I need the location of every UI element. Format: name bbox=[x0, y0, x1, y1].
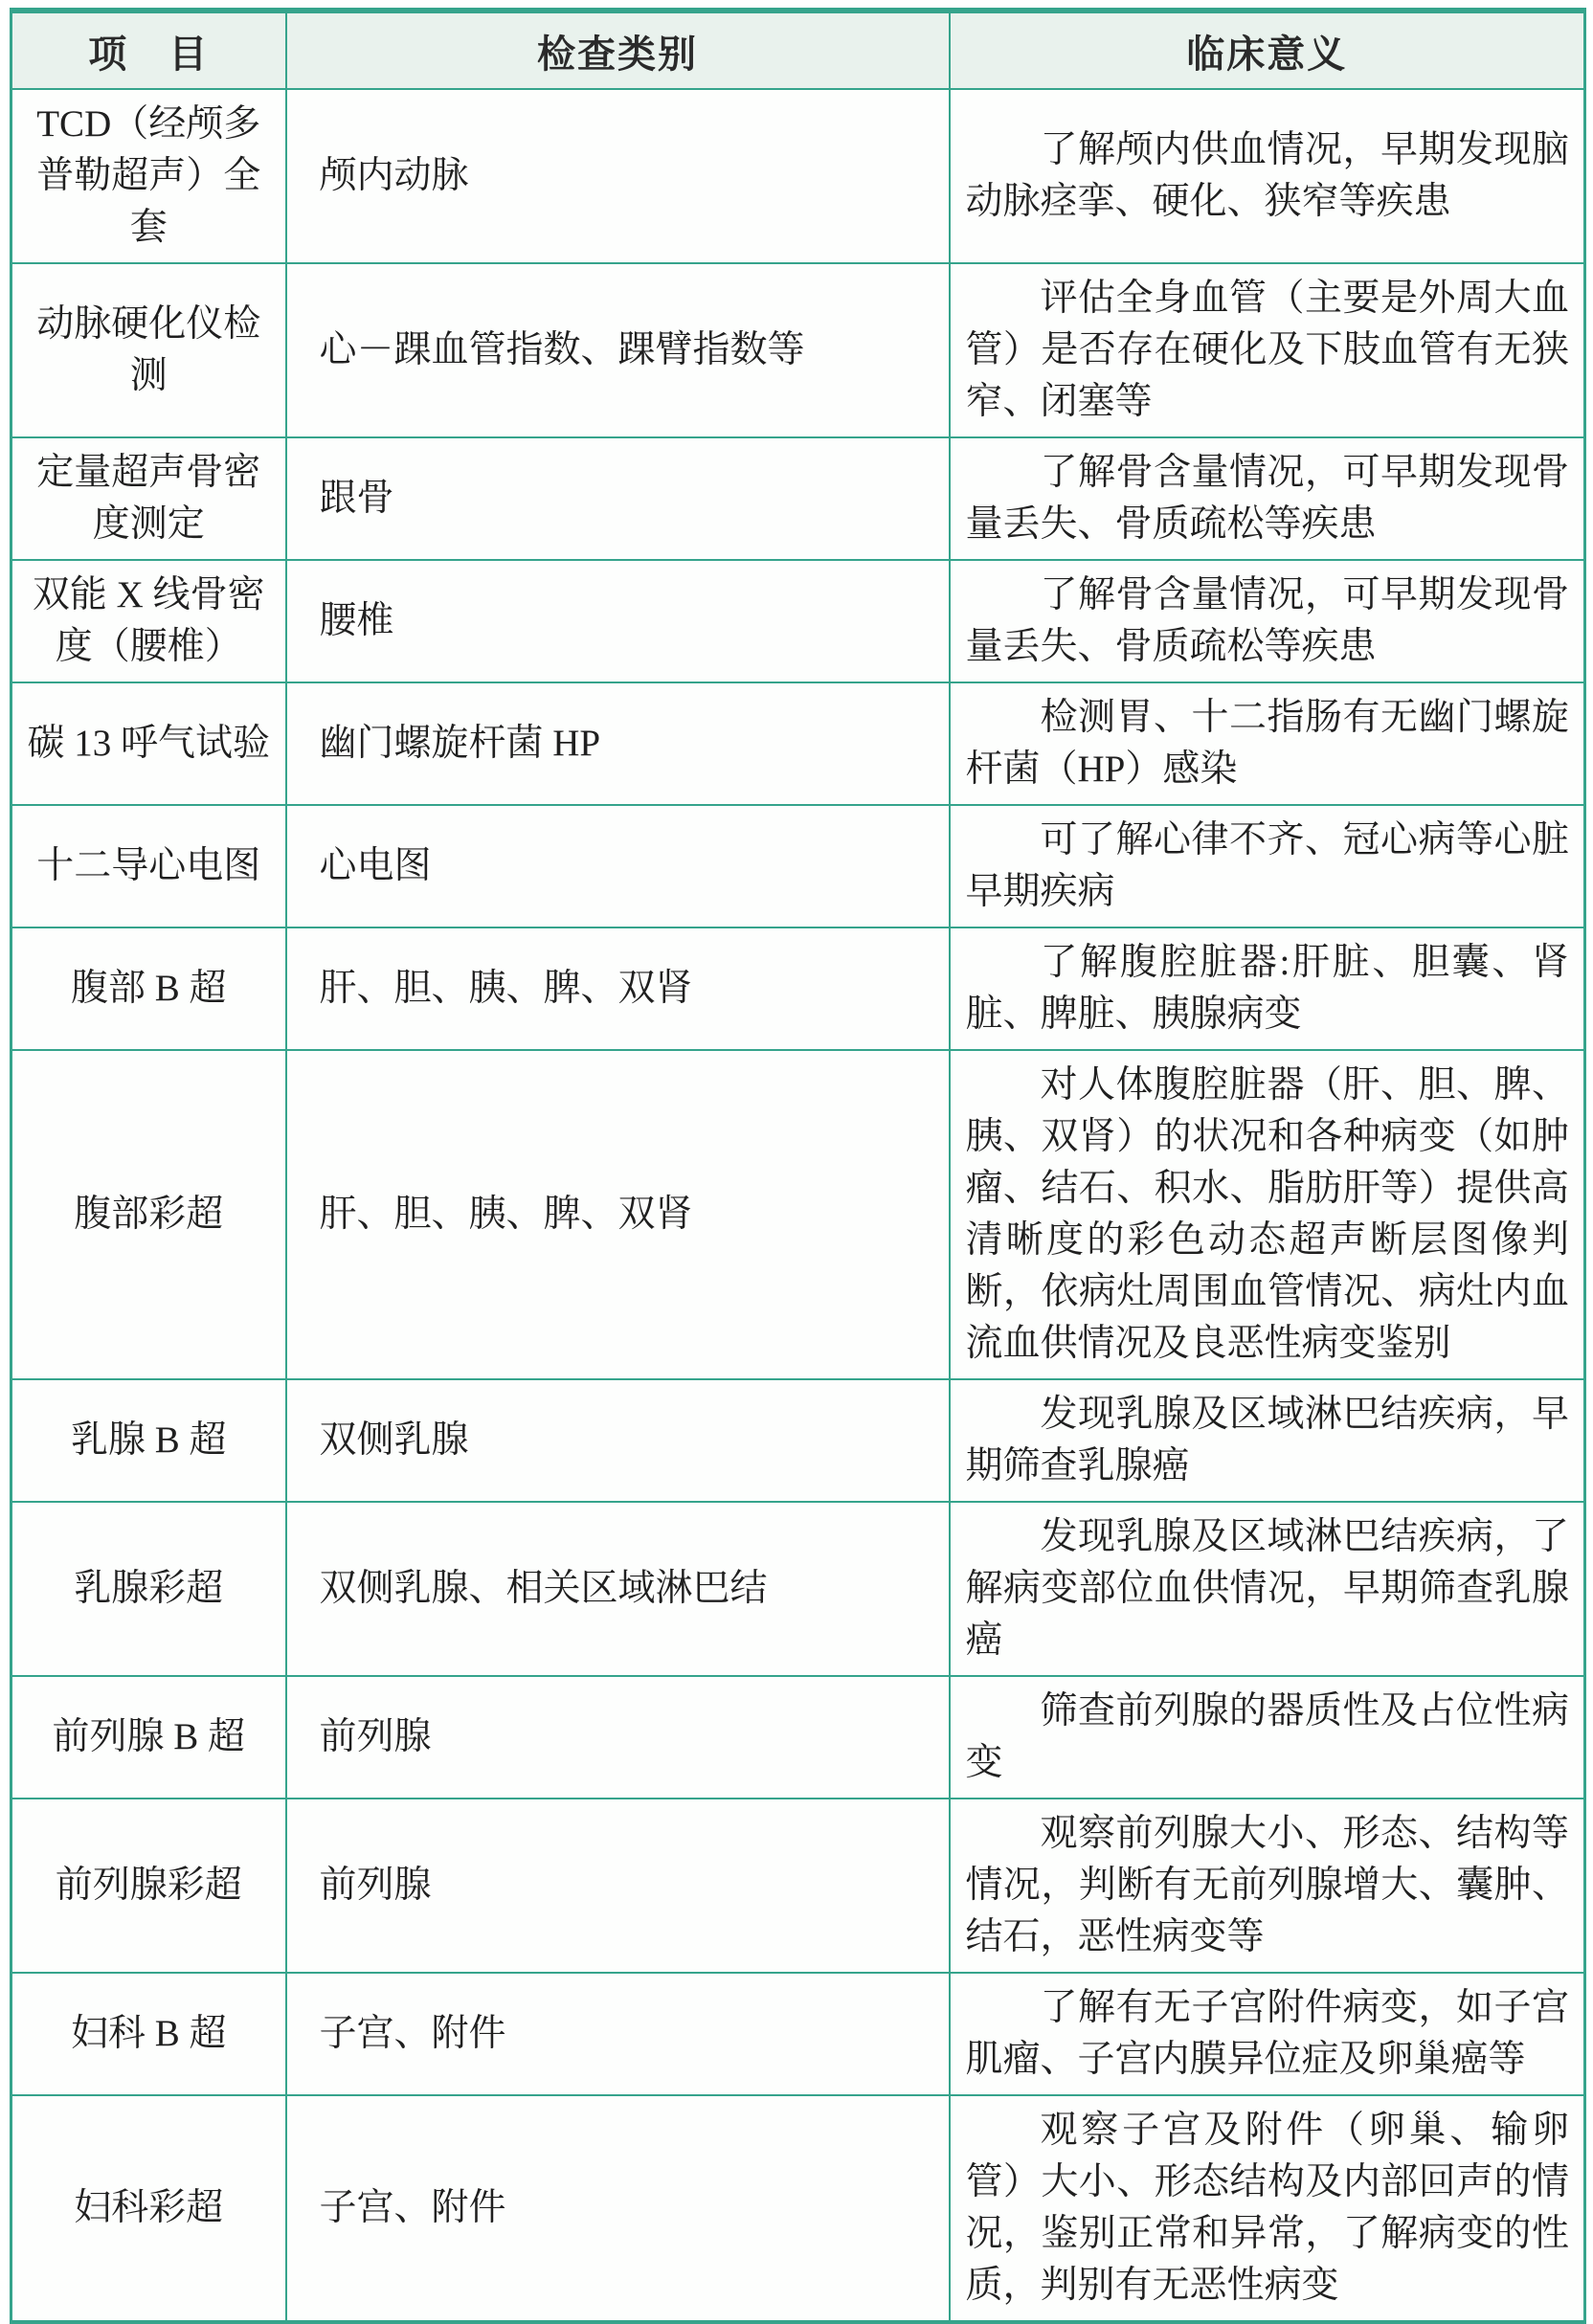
cell-item: 妇科彩超 bbox=[11, 2095, 286, 2322]
cell-significance: 了解腹腔脏器:肝脏、胆囊、肾脏、脾脏、胰腺病变 bbox=[950, 927, 1585, 1050]
column-header-significance: 临床意义 bbox=[950, 11, 1585, 89]
cell-category: 肝、胆、胰、脾、双肾 bbox=[286, 1050, 950, 1379]
table-row: 十二导心电图心电图可了解心律不齐、冠心病等心脏早期疾病 bbox=[11, 805, 1585, 927]
table-row: 腹部彩超肝、胆、胰、脾、双肾对人体腹腔脏器（肝、胆、脾、胰、双肾）的状况和各种病… bbox=[11, 1050, 1585, 1379]
table-row: 前列腺 B 超前列腺筛查前列腺的器质性及占位性病变 bbox=[11, 1676, 1585, 1799]
cell-item: 前列腺 B 超 bbox=[11, 1676, 286, 1799]
cell-significance: 检测胃、十二指肠有无幽门螺旋杆菌（HP）感染 bbox=[950, 682, 1585, 805]
cell-item: 乳腺 B 超 bbox=[11, 1379, 286, 1502]
cell-item: 定量超声骨密度测定 bbox=[11, 437, 286, 560]
table-body: TCD（经颅多普勒超声）全套颅内动脉了解颅内供血情况，早期发现脑动脉痉挛、硬化、… bbox=[11, 89, 1585, 2322]
table-row: 腹部 B 超肝、胆、胰、脾、双肾了解腹腔脏器:肝脏、胆囊、肾脏、脾脏、胰腺病变 bbox=[11, 927, 1585, 1050]
header-row: 项 目 检查类别 临床意义 bbox=[11, 11, 1585, 89]
column-header-item: 项 目 bbox=[11, 11, 286, 89]
table-row: TCD（经颅多普勒超声）全套颅内动脉了解颅内供血情况，早期发现脑动脉痉挛、硬化、… bbox=[11, 89, 1585, 263]
significance-paragraph: 了解骨含量情况，可早期发现骨量丢失、骨质疏松等疾患 bbox=[966, 447, 1570, 550]
significance-paragraph: 观察前列腺大小、形态、结构等情况，判断有无前列腺增大、囊肿、结石，恶性病变等 bbox=[966, 1808, 1570, 1963]
cell-significance: 可了解心律不齐、冠心病等心脏早期疾病 bbox=[950, 805, 1585, 927]
significance-paragraph: 了解骨含量情况，可早期发现骨量丢失、骨质疏松等疾患 bbox=[966, 570, 1570, 673]
cell-category: 心－踝血管指数、踝臂指数等 bbox=[286, 263, 950, 437]
cell-item: 动脉硬化仪检测 bbox=[11, 263, 286, 437]
cell-significance: 了解骨含量情况，可早期发现骨量丢失、骨质疏松等疾患 bbox=[950, 560, 1585, 682]
cell-category: 双侧乳腺、相关区域淋巴结 bbox=[286, 1502, 950, 1676]
significance-paragraph: 可了解心律不齐、冠心病等心脏早期疾病 bbox=[966, 815, 1570, 918]
cell-significance: 发现乳腺及区域淋巴结疾病，早期筛查乳腺癌 bbox=[950, 1379, 1585, 1502]
table-row: 定量超声骨密度测定跟骨了解骨含量情况，可早期发现骨量丢失、骨质疏松等疾患 bbox=[11, 437, 1585, 560]
significance-paragraph: 发现乳腺及区域淋巴结疾病，了解病变部位血供情况，早期筛查乳腺癌 bbox=[966, 1511, 1570, 1666]
table-row: 妇科 B 超子宫、附件了解有无子宫附件病变，如子宫肌瘤、子宫内膜异位症及卵巢癌等 bbox=[11, 1973, 1585, 2095]
cell-category: 颅内动脉 bbox=[286, 89, 950, 263]
cell-significance: 观察前列腺大小、形态、结构等情况，判断有无前列腺增大、囊肿、结石，恶性病变等 bbox=[950, 1799, 1585, 1973]
significance-paragraph: 检测胃、十二指肠有无幽门螺旋杆菌（HP）感染 bbox=[966, 692, 1570, 795]
cell-category: 心电图 bbox=[286, 805, 950, 927]
cell-significance: 对人体腹腔脏器（肝、胆、脾、胰、双肾）的状况和各种病变（如肿瘤、结石、积水、脂肪… bbox=[950, 1050, 1585, 1379]
table-row: 前列腺彩超前列腺观察前列腺大小、形态、结构等情况，判断有无前列腺增大、囊肿、结石… bbox=[11, 1799, 1585, 1973]
significance-paragraph: 评估全身血管（主要是外周大血管）是否存在硬化及下肢血管有无狭窄、闭塞等 bbox=[966, 273, 1570, 428]
significance-paragraph: 了解颅内供血情况，早期发现脑动脉痉挛、硬化、狭窄等疾患 bbox=[966, 124, 1570, 228]
cell-category: 跟骨 bbox=[286, 437, 950, 560]
cell-item: TCD（经颅多普勒超声）全套 bbox=[11, 89, 286, 263]
cell-category: 肝、胆、胰、脾、双肾 bbox=[286, 927, 950, 1050]
cell-category: 前列腺 bbox=[286, 1676, 950, 1799]
significance-paragraph: 发现乳腺及区域淋巴结疾病，早期筛查乳腺癌 bbox=[966, 1389, 1570, 1492]
cell-item: 腹部 B 超 bbox=[11, 927, 286, 1050]
cell-item: 碳 13 呼气试验 bbox=[11, 682, 286, 805]
cell-significance: 评估全身血管（主要是外周大血管）是否存在硬化及下肢血管有无狭窄、闭塞等 bbox=[950, 263, 1585, 437]
cell-significance: 筛查前列腺的器质性及占位性病变 bbox=[950, 1676, 1585, 1799]
column-header-category: 检查类别 bbox=[286, 11, 950, 89]
cell-category: 幽门螺旋杆菌 HP bbox=[286, 682, 950, 805]
significance-paragraph: 观察子宫及附件（卵巢、输卵管）大小、形态结构及内部回声的情况，鉴别正常和异常，了… bbox=[966, 2105, 1570, 2312]
cell-significance: 了解骨含量情况，可早期发现骨量丢失、骨质疏松等疾患 bbox=[950, 437, 1585, 560]
table-row: 乳腺 B 超双侧乳腺发现乳腺及区域淋巴结疾病，早期筛查乳腺癌 bbox=[11, 1379, 1585, 1502]
cell-category: 双侧乳腺 bbox=[286, 1379, 950, 1502]
cell-category: 前列腺 bbox=[286, 1799, 950, 1973]
cell-item: 乳腺彩超 bbox=[11, 1502, 286, 1676]
significance-paragraph: 了解腹腔脏器:肝脏、胆囊、肾脏、脾脏、胰腺病变 bbox=[966, 937, 1570, 1040]
table-row: 动脉硬化仪检测心－踝血管指数、踝臂指数等评估全身血管（主要是外周大血管）是否存在… bbox=[11, 263, 1585, 437]
significance-paragraph: 对人体腹腔脏器（肝、胆、脾、胰、双肾）的状况和各种病变（如肿瘤、结石、积水、脂肪… bbox=[966, 1060, 1570, 1370]
cell-item: 前列腺彩超 bbox=[11, 1799, 286, 1973]
cell-category: 子宫、附件 bbox=[286, 2095, 950, 2322]
cell-significance: 发现乳腺及区域淋巴结疾病，了解病变部位血供情况，早期筛查乳腺癌 bbox=[950, 1502, 1585, 1676]
cell-significance: 了解颅内供血情况，早期发现脑动脉痉挛、硬化、狭窄等疾患 bbox=[950, 89, 1585, 263]
table-row: 碳 13 呼气试验幽门螺旋杆菌 HP检测胃、十二指肠有无幽门螺旋杆菌（HP）感染 bbox=[11, 682, 1585, 805]
significance-paragraph: 了解有无子宫附件病变，如子宫肌瘤、子宫内膜异位症及卵巢癌等 bbox=[966, 1982, 1570, 2086]
table-row: 妇科彩超子宫、附件观察子宫及附件（卵巢、输卵管）大小、形态结构及内部回声的情况，… bbox=[11, 2095, 1585, 2322]
table-row: 双能 X 线骨密度（腰椎）腰椎了解骨含量情况，可早期发现骨量丢失、骨质疏松等疾患 bbox=[11, 560, 1585, 682]
table-row: 乳腺彩超双侧乳腺、相关区域淋巴结发现乳腺及区域淋巴结疾病，了解病变部位血供情况，… bbox=[11, 1502, 1585, 1676]
cell-item: 十二导心电图 bbox=[11, 805, 286, 927]
cell-item: 妇科 B 超 bbox=[11, 1973, 286, 2095]
cell-significance: 了解有无子宫附件病变，如子宫肌瘤、子宫内膜异位症及卵巢癌等 bbox=[950, 1973, 1585, 2095]
significance-paragraph: 筛查前列腺的器质性及占位性病变 bbox=[966, 1686, 1570, 1789]
cell-significance: 观察子宫及附件（卵巢、输卵管）大小、形态结构及内部回声的情况，鉴别正常和异常，了… bbox=[950, 2095, 1585, 2322]
cell-category: 子宫、附件 bbox=[286, 1973, 950, 2095]
cell-category: 腰椎 bbox=[286, 560, 950, 682]
health-exam-table: 项 目 检查类别 临床意义 TCD（经颅多普勒超声）全套颅内动脉了解颅内供血情况… bbox=[10, 8, 1586, 2324]
cell-item: 腹部彩超 bbox=[11, 1050, 286, 1379]
cell-item: 双能 X 线骨密度（腰椎） bbox=[11, 560, 286, 682]
table-header: 项 目 检查类别 临床意义 bbox=[11, 11, 1585, 89]
